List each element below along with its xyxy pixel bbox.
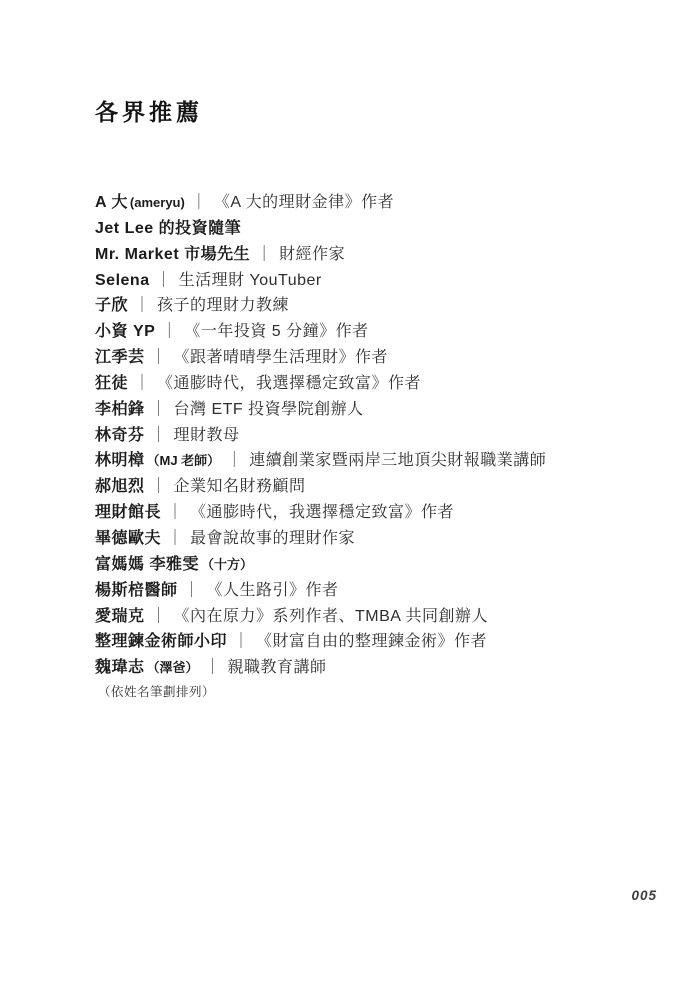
- recommender-alias: （澤爸）: [147, 660, 199, 675]
- recommendation-item: 林奇芬｜理財教母: [95, 423, 546, 449]
- separator-bar: ｜: [151, 427, 167, 444]
- recommendation-item: 子欣｜孩子的理財力教練: [95, 293, 546, 319]
- book-page: 各界推薦 A 大(ameryu)｜《A 大的理財金律》作者 Jet Lee 的投…: [0, 0, 700, 988]
- recommender-alias: (ameryu): [130, 195, 185, 210]
- recommender-description: 《內在原力》系列作者、TMBA 共同創辦人: [174, 608, 489, 625]
- recommender-name: 狂徒: [95, 375, 128, 392]
- separator-bar: ｜: [167, 530, 183, 547]
- separator-bar: ｜: [256, 246, 272, 263]
- recommendation-item: 理財館長｜《通膨時代，我選擇穩定致富》作者: [95, 500, 546, 526]
- recommendation-list: A 大(ameryu)｜《A 大的理財金律》作者 Jet Lee 的投資隨筆 M…: [95, 190, 546, 681]
- recommender-name: 林奇芬: [95, 427, 145, 444]
- recommendation-item: Jet Lee 的投資隨筆: [95, 216, 546, 242]
- recommender-description: 連續創業家暨兩岸三地頂尖財報職業講師: [249, 452, 546, 469]
- recommender-alias: （十方）: [201, 557, 253, 572]
- recommender-name: A 大: [95, 194, 128, 211]
- recommender-description: 企業知名財務顧問: [174, 478, 306, 495]
- recommender-name: 林明樟: [95, 452, 145, 469]
- recommender-description: 台灣 ETF 投資學院創辦人: [174, 401, 364, 418]
- recommender-name: 江季芸: [95, 349, 145, 366]
- recommender-name: 整理鍊金術師小印: [95, 633, 227, 650]
- recommender-name: 郝旭烈: [95, 478, 145, 495]
- recommender-description: 財經作家: [279, 246, 345, 263]
- recommender-name: 理財館長: [95, 504, 161, 521]
- page-title: 各界推薦: [95, 99, 203, 127]
- recommender-description: 《通膨時代，我選擇穩定致富》作者: [190, 504, 454, 521]
- separator-bar: ｜: [156, 272, 172, 289]
- recommender-name: 魏瑋志: [95, 659, 145, 676]
- separator-bar: ｜: [151, 401, 167, 418]
- recommendation-item: 愛瑞克｜《內在原力》系列作者、TMBA 共同創辦人: [95, 604, 546, 630]
- separator-bar: ｜: [134, 375, 150, 392]
- recommender-description: 孩子的理財力教練: [157, 297, 289, 314]
- recommender-name: 小資 YP: [95, 323, 155, 340]
- recommendation-item: 畢德歐夫｜最會說故事的理財作家: [95, 526, 546, 552]
- page-number: 005: [631, 888, 657, 903]
- recommender-description: 《人生路引》作者: [207, 582, 339, 599]
- recommendation-item: 江季芸｜《跟著晴晴學生活理財》作者: [95, 345, 546, 371]
- recommender-description: 《財富自由的整理鍊金術》作者: [256, 633, 487, 650]
- recommendation-item: 魏瑋志（澤爸）｜親職教育講師: [95, 655, 546, 681]
- recommender-description: 《跟著晴晴學生活理財》作者: [174, 349, 389, 366]
- recommendation-item: 狂徒｜《通膨時代，我選擇穩定致富》作者: [95, 371, 546, 397]
- recommender-name: 畢德歐夫: [95, 530, 161, 547]
- recommender-name: 李柏鋒: [95, 401, 145, 418]
- recommendation-item: 富媽媽 李雅雯（十方）: [95, 552, 546, 578]
- separator-bar: ｜: [151, 608, 167, 625]
- sort-order-note: （依姓名筆劃排列）: [98, 683, 215, 701]
- recommender-description: 《一年投資 5 分鐘》作者: [184, 323, 368, 340]
- recommender-description: 《A 大的理財金律》作者: [214, 194, 394, 211]
- recommendation-item: 郝旭烈｜企業知名財務顧問: [95, 474, 546, 500]
- recommendation-item: 李柏鋒｜台灣 ETF 投資學院創辦人: [95, 397, 546, 423]
- recommendation-item: A 大(ameryu)｜《A 大的理財金律》作者: [95, 190, 546, 216]
- recommendation-item: Mr. Market 市場先生｜財經作家: [95, 242, 546, 268]
- separator-bar: ｜: [161, 323, 177, 340]
- separator-bar: ｜: [167, 504, 183, 521]
- separator-bar: ｜: [233, 633, 249, 650]
- separator-bar: ｜: [151, 349, 167, 366]
- separator-bar: ｜: [205, 659, 221, 676]
- recommender-name: Mr. Market 市場先生: [95, 246, 250, 263]
- recommender-name: 愛瑞克: [95, 608, 145, 625]
- recommendation-item: 楊斯棓醫師｜《人生路引》作者: [95, 578, 546, 604]
- recommender-name: 富媽媽 李雅雯: [95, 556, 199, 573]
- recommender-name: 子欣: [95, 297, 128, 314]
- recommender-description: 親職教育講師: [228, 659, 327, 676]
- recommender-name: Jet Lee 的投資隨筆: [95, 220, 241, 237]
- separator-bar: ｜: [191, 194, 207, 211]
- recommender-description: 理財教母: [174, 427, 240, 444]
- recommender-alias: （MJ 老師）: [147, 453, 221, 468]
- recommender-name: 楊斯棓醫師: [95, 582, 178, 599]
- recommender-description: 最會說故事的理財作家: [190, 530, 355, 547]
- recommendation-item: Selena｜生活理財 YouTuber: [95, 268, 546, 294]
- separator-bar: ｜: [134, 297, 150, 314]
- recommendation-item: 小資 YP｜《一年投資 5 分鐘》作者: [95, 319, 546, 345]
- separator-bar: ｜: [226, 452, 242, 469]
- separator-bar: ｜: [151, 478, 167, 495]
- recommendation-item: 整理鍊金術師小印｜《財富自由的整理鍊金術》作者: [95, 629, 546, 655]
- recommender-description: 《通膨時代，我選擇穩定致富》作者: [157, 375, 421, 392]
- recommender-description: 生活理財 YouTuber: [179, 272, 322, 289]
- recommendation-item: 林明樟（MJ 老師）｜連續創業家暨兩岸三地頂尖財報職業講師: [95, 448, 546, 474]
- separator-bar: ｜: [184, 582, 200, 599]
- recommender-name: Selena: [95, 272, 150, 289]
